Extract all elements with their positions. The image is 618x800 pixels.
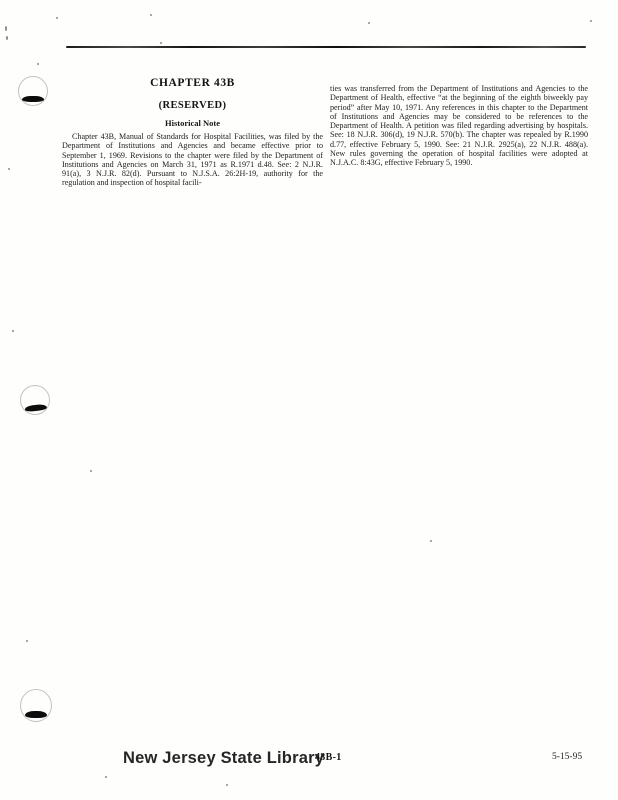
binding-hole-bottom-icon xyxy=(20,689,52,722)
scan-speck xyxy=(56,17,58,19)
scan-speck xyxy=(590,20,592,22)
library-stamp: New Jersey State Library xyxy=(123,749,324,768)
page-number: 43B-1 xyxy=(315,752,342,763)
chapter-title: CHAPTER 43B xyxy=(62,77,323,89)
historical-note-text-right: ties was transferred from the Department… xyxy=(330,84,588,168)
reserved-label: (RESERVED) xyxy=(62,100,323,111)
document-page: CHAPTER 43B (RESERVED) Historical Note C… xyxy=(0,0,618,800)
scan-speck xyxy=(160,42,162,44)
scan-speck xyxy=(12,330,14,332)
top-rule xyxy=(66,46,586,48)
binding-hole-shadow xyxy=(25,404,47,413)
binding-hole-shadow xyxy=(25,711,48,718)
scan-speck xyxy=(8,168,10,170)
scan-speck xyxy=(6,36,8,40)
binding-hole-top-icon xyxy=(18,76,48,106)
binding-hole-shadow xyxy=(22,96,43,103)
left-column: CHAPTER 43B (RESERVED) Historical Note C… xyxy=(62,77,323,188)
footer-date: 5-15-95 xyxy=(552,752,582,762)
scan-speck xyxy=(368,22,370,24)
scan-speck xyxy=(150,14,152,16)
scan-speck xyxy=(37,63,39,65)
scan-speck xyxy=(105,776,107,778)
historical-note-heading: Historical Note xyxy=(62,118,323,128)
scan-speck xyxy=(90,470,92,472)
binding-hole-middle-icon xyxy=(19,384,52,417)
scan-speck xyxy=(226,784,228,786)
right-column: ties was transferred from the Department… xyxy=(330,84,588,168)
scan-speck xyxy=(430,540,432,542)
historical-note-text-left: Chapter 43B, Manual of Standards for Hos… xyxy=(62,132,323,188)
scan-speck xyxy=(26,640,28,642)
scan-speck xyxy=(5,26,7,31)
